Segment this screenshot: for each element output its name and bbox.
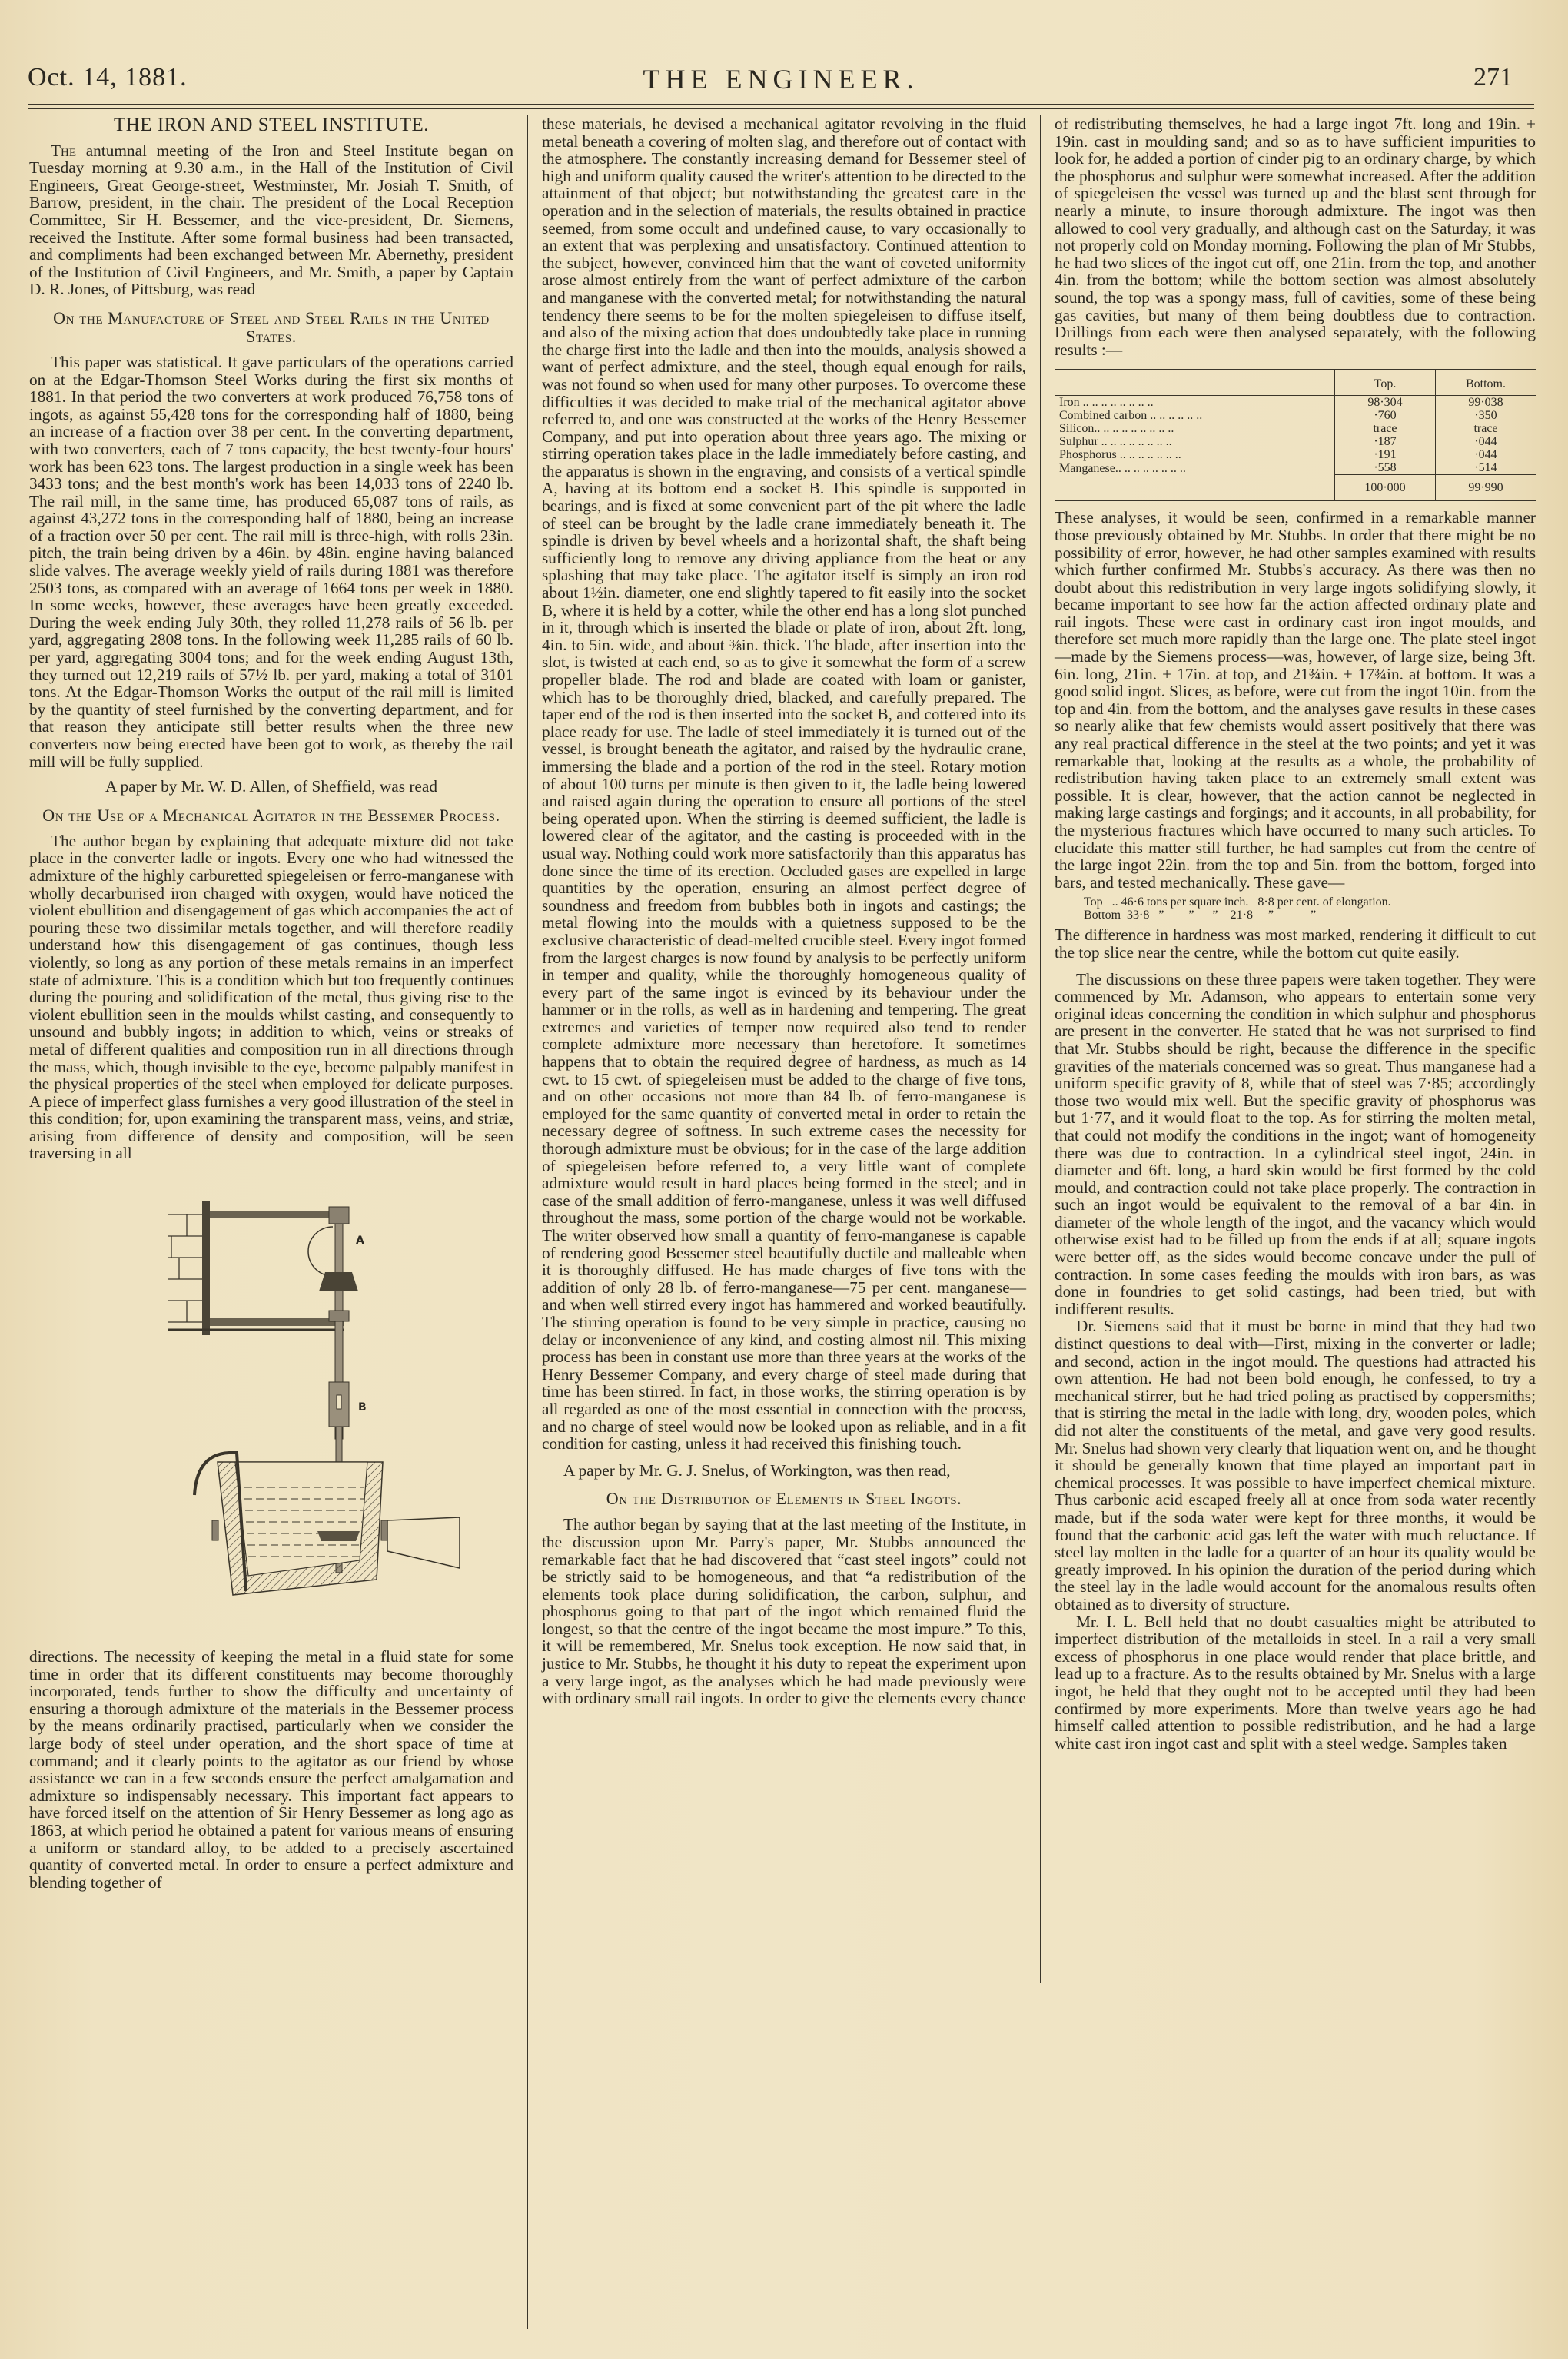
paper2-body-continued: these materials, he devised a mechanical… [542, 115, 1026, 1453]
table-header-top: Top. [1335, 370, 1436, 396]
column-3: of redistributing themselves, he had a l… [1055, 115, 1536, 1752]
agitator-diagram-icon: A B [29, 1176, 513, 1637]
discussion-paragraph-bell: Mr. I. L. Bell held that no doubt casual… [1055, 1613, 1536, 1753]
paper2-body-before-figure: The author began by explaining that adeq… [29, 832, 513, 1162]
table-total-row: 100·00099·990 [1055, 475, 1536, 501]
paper2-body-after-figure: directions. The necessity of keeping the… [29, 1648, 513, 1891]
paper2-intro: A paper by Mr. W. D. Allen, of Sheffield… [29, 778, 513, 796]
header-rule-top [28, 104, 1534, 105]
paper3-heading: On the Distribution of Elements in Steel… [542, 1490, 1026, 1508]
journal-title: THE ENGINEER. [28, 63, 1534, 95]
discussion-paragraph-adamson: The discussions on these three papers we… [1055, 971, 1536, 1318]
paper3-intro: A paper by Mr. G. J. Snelus, of Workingt… [542, 1462, 1026, 1480]
column-divider-2 [1040, 115, 1041, 1983]
intro-lead-in: The [51, 141, 76, 160]
column-2: these materials, he devised a mechanical… [542, 115, 1026, 1707]
table-row: Silicon.. .. .. .. .. .. .. .. ..tracetr… [1055, 422, 1536, 435]
column-divider-1 [527, 115, 528, 2329]
svg-text:B: B [358, 1401, 367, 1414]
table-header-element [1055, 370, 1335, 396]
paper3-conclusion: The difference in hardness was most mark… [1055, 926, 1536, 961]
table-header-row: Top. Bottom. [1055, 370, 1536, 396]
paper3-body-after-table: These analyses, it would be seen, confir… [1055, 509, 1536, 891]
discussion-paragraph-siemens: Dr. Siemens said that it must be borne i… [1055, 1317, 1536, 1613]
header-rule-bottom [28, 108, 1534, 109]
ingot-analysis-table: Top. Bottom. Iron .. .. .. .. .. .. .. .… [1055, 369, 1536, 501]
table-row: Iron .. .. .. .. .. .. .. ..98·30499·038 [1055, 396, 1536, 410]
mechanical-test-results: Top .. 46·6 tons per square inch. 8·8 pe… [1084, 895, 1536, 922]
test-result-top: Top .. 46·6 tons per square inch. 8·8 pe… [1084, 895, 1536, 909]
table-row: Manganese.. .. .. .. .. .. .. ..·558·514 [1055, 461, 1536, 475]
test-result-bottom: Bottom 33·8 ” ” ” 21·8 ” ” [1084, 909, 1536, 922]
svg-text:A: A [356, 1234, 364, 1247]
newspaper-page: Oct. 14, 1881. THE ENGINEER. 271 THE IRO… [0, 0, 1568, 2359]
article-title: THE IRON AND STEEL INSTITUTE. [29, 117, 513, 135]
table-row: Phosphorus .. .. .. .. .. .. ..·191·044 [1055, 448, 1536, 461]
column-1: THE IRON AND STEEL INSTITUTE. The antumn… [29, 115, 513, 1891]
table-header-bottom: Bottom. [1436, 370, 1536, 396]
intro-paragraph: The antumnal meeting of the Iron and Ste… [29, 142, 513, 298]
paper1-heading: On the Manufacture of Steel and Steel Ra… [29, 309, 513, 346]
agitator-engraving: A B [29, 1176, 513, 1637]
paper2-heading: On the Use of a Mechanical Agitator in t… [29, 806, 513, 825]
table-row: Combined carbon .. .. .. .. .. ..·760·35… [1055, 409, 1536, 422]
page-number: 271 [1473, 63, 1513, 92]
table-row: Sulphur .. .. .. .. .. .. .. ..·187·044 [1055, 435, 1536, 448]
running-head: Oct. 14, 1881. THE ENGINEER. 271 [28, 63, 1534, 91]
paper3-body-continued: of redistributing themselves, he had a l… [1055, 115, 1536, 358]
paper1-body: This paper was statistical. It gave part… [29, 354, 513, 770]
paper3-body: The author began by saying that at the l… [542, 1516, 1026, 1707]
